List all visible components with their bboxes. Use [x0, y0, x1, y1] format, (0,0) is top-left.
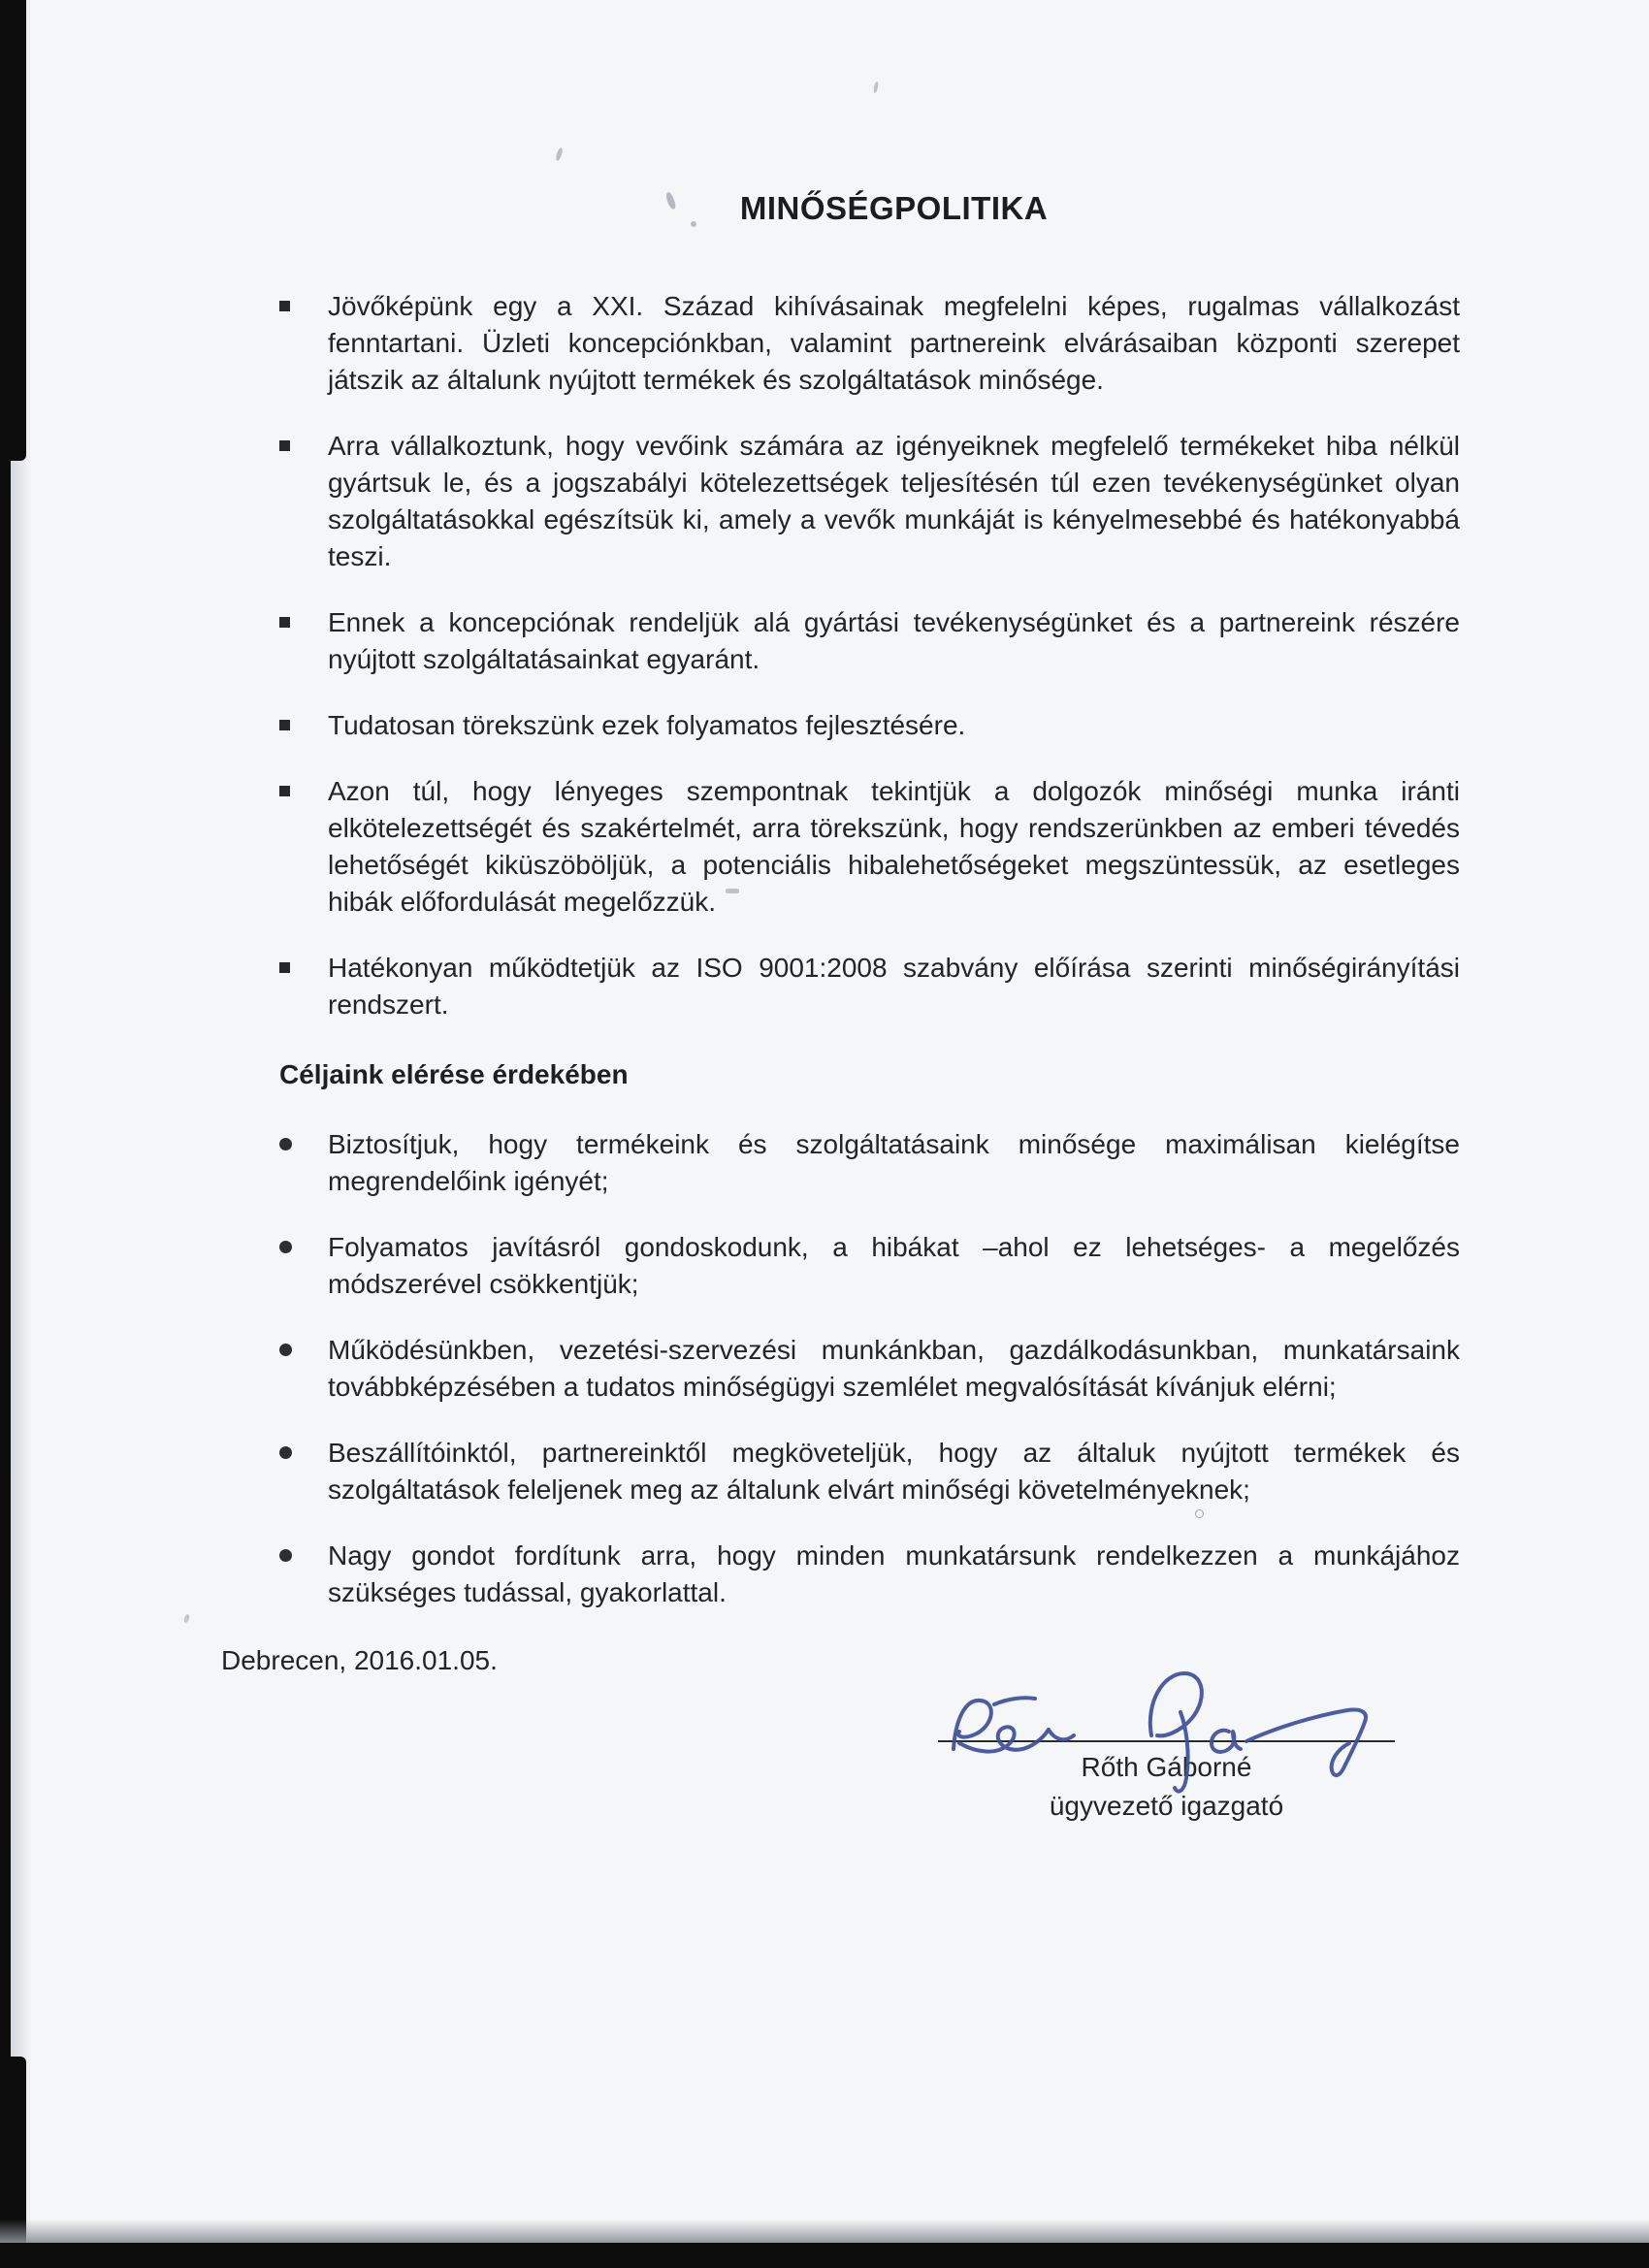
- square-bullet-icon: [279, 962, 290, 973]
- round-bullet-icon: [279, 1138, 292, 1150]
- bullet-text: Hatékonyan működtetjük az ISO 9001:2008 …: [328, 950, 1460, 1023]
- policy-bullet-list: Jövőképünk egy a XXI. Század kihívásaina…: [279, 288, 1460, 1023]
- signature-block: Rőth Gáborné ügyvezető igazgató: [938, 1681, 1395, 1826]
- date-line: Debrecen, 2016.01.05.: [221, 1642, 1460, 1679]
- list-item: Biztosítjuk, hogy termékeink és szolgált…: [279, 1126, 1460, 1200]
- signature-line: [938, 1740, 1395, 1742]
- list-item: Azon túl, hogy lényeges szempontnak teki…: [279, 773, 1460, 921]
- bullet-text: Biztosítjuk, hogy termékeink és szolgált…: [328, 1126, 1460, 1200]
- square-bullet-icon: [279, 720, 290, 730]
- signatory-role: ügyvezető igazgató: [938, 1787, 1395, 1826]
- scan-speck: [1195, 1509, 1204, 1518]
- document-title: MINŐSÉGPOLITIKA: [328, 189, 1460, 228]
- square-bullet-icon: [279, 440, 290, 451]
- square-bullet-icon: [279, 786, 290, 796]
- list-item: Beszállítóinktól, partnereinktől megköve…: [279, 1435, 1460, 1508]
- scan-edge-left-top: [0, 0, 26, 461]
- bullet-text: Arra vállalkoztunk, hogy vevőink számára…: [328, 428, 1460, 575]
- bullet-text: Tudatosan törekszünk ezek folyamatos fej…: [328, 707, 1460, 744]
- list-item: Jövőképünk egy a XXI. Század kihívásaina…: [279, 288, 1460, 399]
- section-heading: Céljaink elérése érdekében: [279, 1056, 1460, 1093]
- round-bullet-icon: [279, 1344, 292, 1356]
- scan-speck: [726, 889, 739, 893]
- list-item: Hatékonyan működtetjük az ISO 9001:2008 …: [279, 950, 1460, 1023]
- bullet-text: Működésünkben, vezetési-szervezési munká…: [328, 1332, 1460, 1406]
- bullet-text: Ennek a koncepciónak rendeljük alá gyárt…: [328, 604, 1460, 678]
- round-bullet-icon: [279, 1241, 292, 1253]
- list-item: Működésünkben, vezetési-szervezési munká…: [279, 1332, 1460, 1406]
- bullet-text: Azon túl, hogy lényeges szempontnak teki…: [328, 773, 1460, 921]
- goals-bullet-list: Biztosítjuk, hogy termékeink és szolgált…: [279, 1126, 1460, 1611]
- bullet-text: Nagy gondot fordítunk arra, hogy minden …: [328, 1538, 1460, 1611]
- scan-edge-bottom-shadow: [0, 2219, 1649, 2245]
- round-bullet-icon: [279, 1549, 292, 1562]
- bullet-text: Beszállítóinktól, partnereinktől megköve…: [328, 1435, 1460, 1508]
- list-item: Tudatosan törekszünk ezek folyamatos fej…: [279, 707, 1460, 744]
- round-bullet-icon: [279, 1446, 292, 1459]
- bullet-text: Folyamatos javításról gondoskodunk, a hi…: [328, 1229, 1460, 1303]
- list-item: Nagy gondot fordítunk arra, hogy minden …: [279, 1538, 1460, 1611]
- scanned-document-page: MINŐSÉGPOLITIKA Jövőképünk egy a XXI. Sz…: [0, 0, 1649, 2268]
- signatory-name: Rőth Gáborné: [938, 1748, 1395, 1787]
- scan-speck: [691, 221, 696, 227]
- list-item: Folyamatos javításról gondoskodunk, a hi…: [279, 1229, 1460, 1303]
- bullet-text: Jövőképünk egy a XXI. Század kihívásaina…: [328, 288, 1460, 399]
- list-item: Arra vállalkoztunk, hogy vevőink számára…: [279, 428, 1460, 575]
- list-item: Ennek a koncepciónak rendeljük alá gyárt…: [279, 604, 1460, 678]
- scan-edge-bottom: [0, 2243, 1649, 2268]
- square-bullet-icon: [279, 301, 290, 311]
- square-bullet-icon: [279, 617, 290, 628]
